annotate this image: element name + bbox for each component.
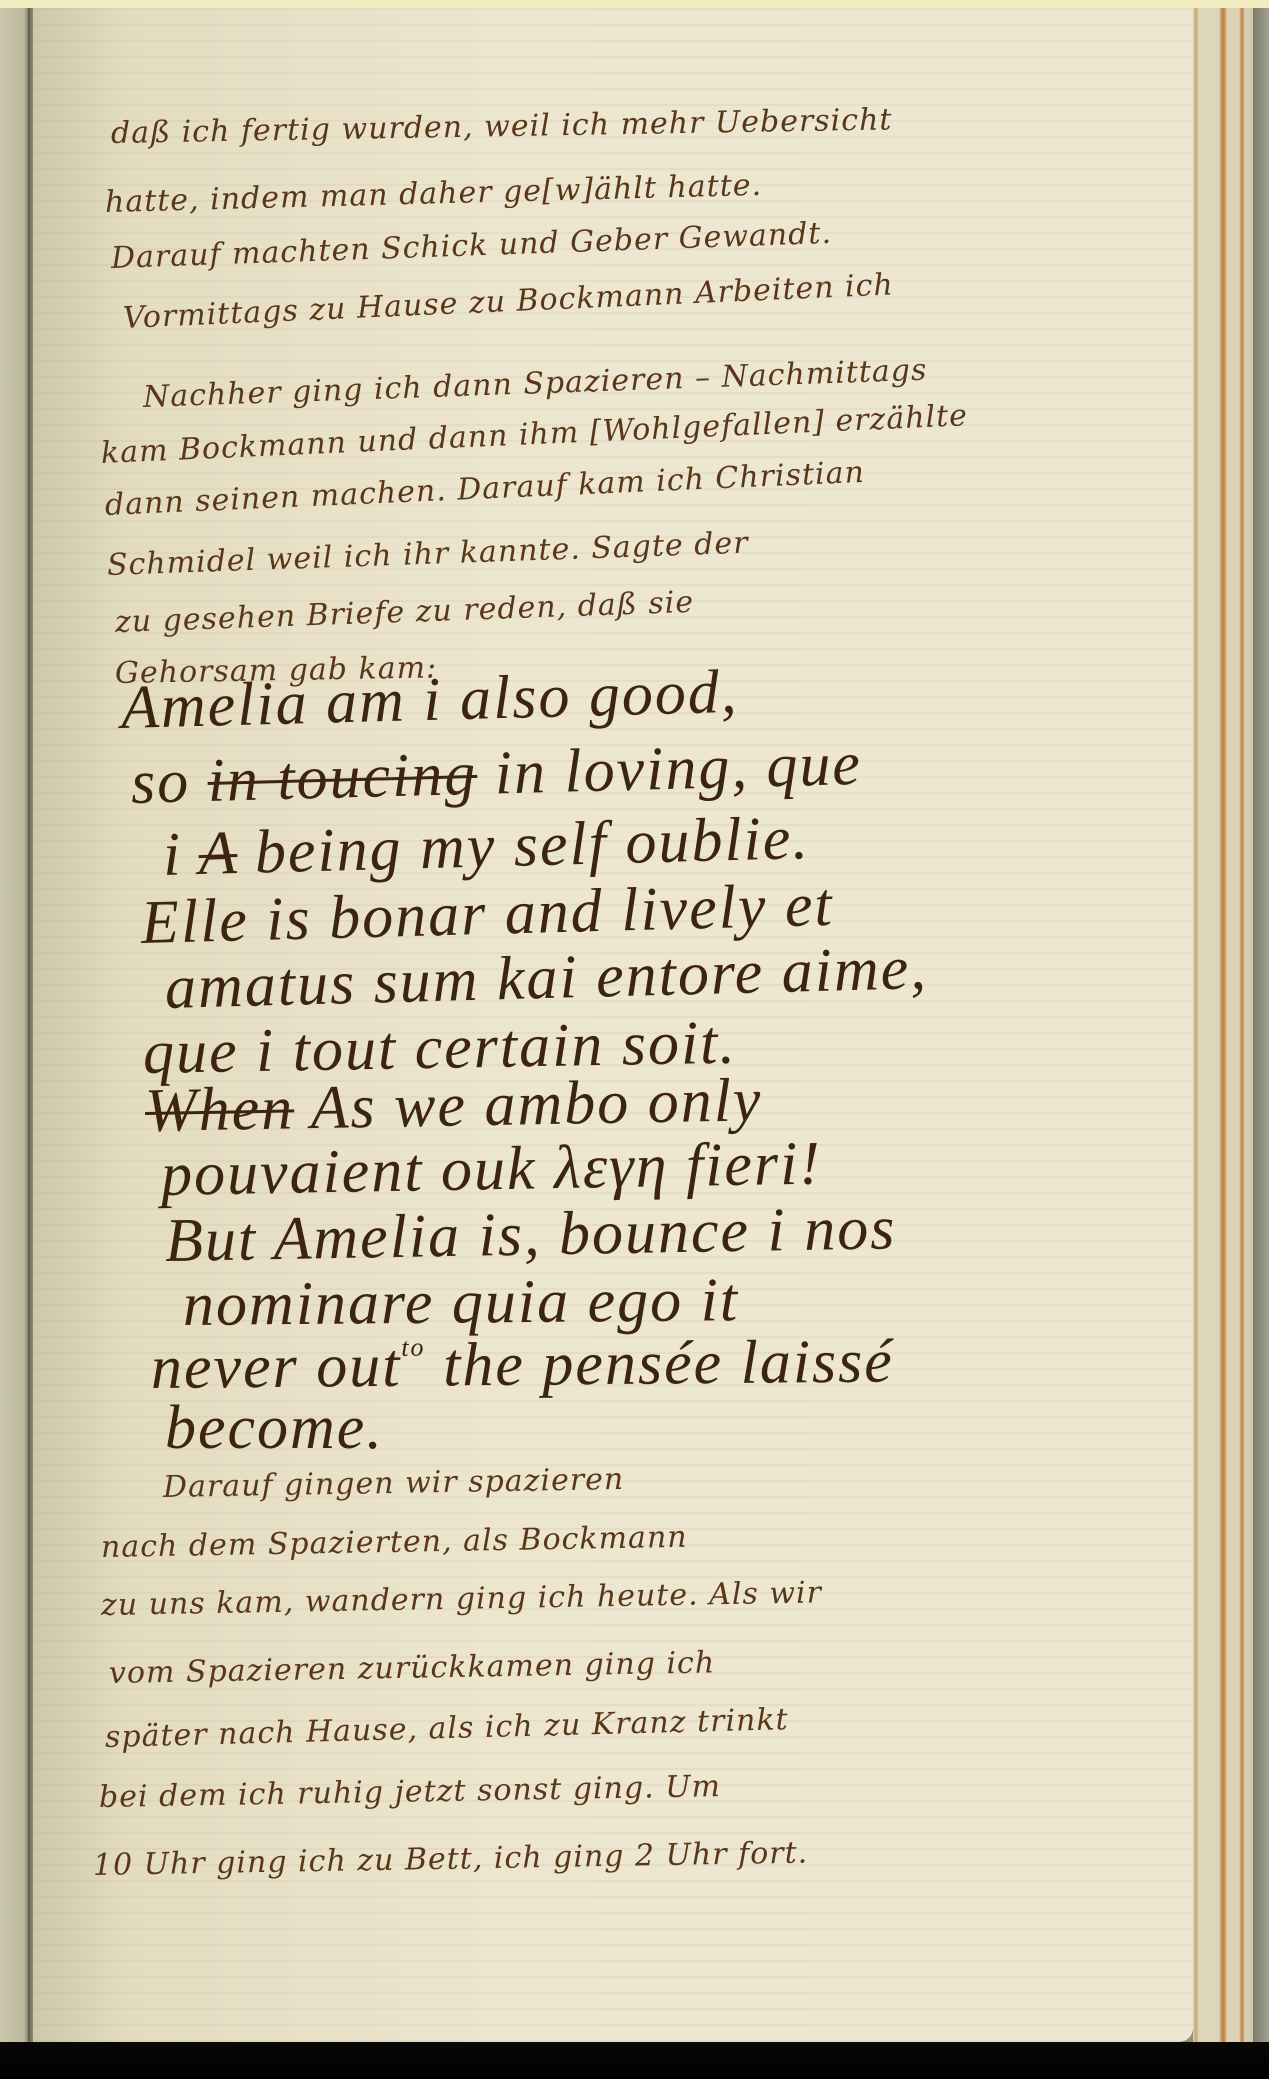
book-cover-edge bbox=[1253, 8, 1269, 2079]
struck-through-word: A bbox=[198, 819, 239, 888]
verse-line: But Amelia is, bounce i nos bbox=[164, 1193, 896, 1277]
scan-top-border bbox=[0, 0, 1269, 8]
cursive-line: 10 Uhr ging ich zu Bett, ich ging 2 Uhr … bbox=[93, 1836, 809, 1883]
cursive-line: nach dem Spazierten, als Bockmann bbox=[101, 1520, 688, 1565]
facing-page-edge bbox=[0, 8, 30, 2042]
verse-text: in loving, que bbox=[476, 730, 862, 808]
handwritten-text: daß ich fertig wurden, weil ich mehr Ueb… bbox=[33, 8, 1193, 2042]
verse-prefix: i bbox=[162, 820, 199, 889]
cursive-line: Darauf gingen wir spazieren bbox=[163, 1462, 625, 1505]
scan-bottom-border bbox=[0, 2042, 1269, 2079]
verse-prefix: so bbox=[130, 747, 208, 817]
struck-through-word: When bbox=[144, 1074, 294, 1145]
cursive-line: zu gesehen Briefe zu reden, daß sie bbox=[114, 585, 694, 640]
cursive-line: vom Spazieren zurückkamen ging ich bbox=[109, 1645, 716, 1691]
page-block-edges bbox=[1193, 8, 1255, 2048]
verse-text: the pensée laissé bbox=[425, 1328, 894, 1400]
cursive-line: bei dem ich ruhig jetzt sonst ging. Um bbox=[99, 1769, 722, 1815]
cursive-line: Schmidel weil ich ihr kannte. Sagte der bbox=[106, 526, 749, 583]
verse-prefix: never out bbox=[151, 1332, 402, 1402]
cursive-line: hatte, indem man daher ge[w]ählt hatte. bbox=[105, 168, 763, 220]
struck-through-word: in toucing bbox=[207, 740, 478, 815]
manuscript-page: daß ich fertig wurden, weil ich mehr Ueb… bbox=[33, 8, 1193, 2042]
cursive-line: Vormittags zu Hause zu Bockmann Arbeiten… bbox=[122, 267, 894, 336]
verse-line: become. bbox=[165, 1393, 384, 1464]
verse-line: Amelia am i also good, bbox=[120, 657, 739, 744]
cursive-line: später nach Hause, als ich zu Kranz trin… bbox=[105, 1702, 789, 1755]
cursive-line: daß ich fertig wurden, weil ich mehr Ueb… bbox=[111, 102, 893, 151]
superscript-insertion: to bbox=[401, 1333, 425, 1362]
cursive-line: zu uns kam, wandern ging ich heute. Als … bbox=[101, 1575, 823, 1623]
cursive-line: Darauf machten Schick und Geber Gewandt. bbox=[110, 216, 832, 276]
